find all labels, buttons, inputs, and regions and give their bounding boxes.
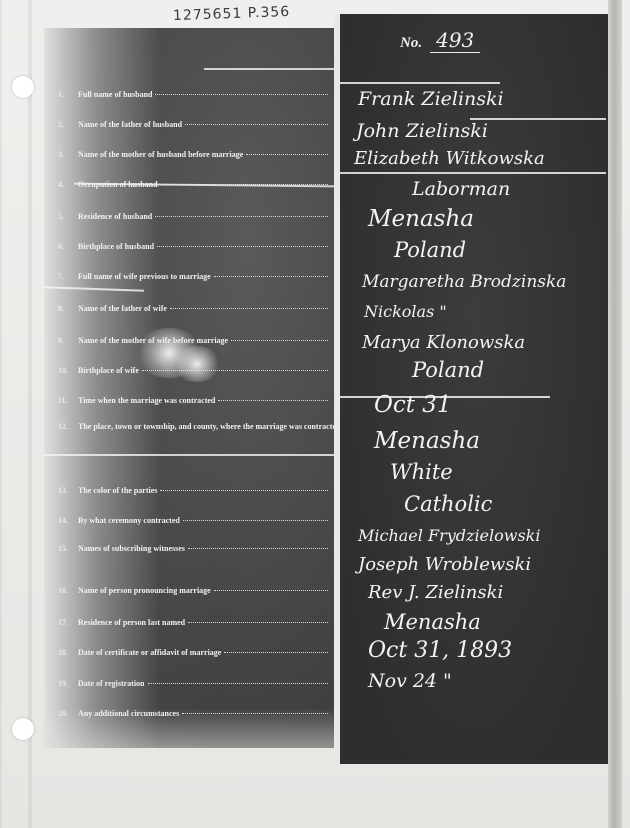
entry-ceremony: Catholic xyxy=(404,492,602,516)
field-officiant-residence: 17. Residence of person last named xyxy=(58,618,328,627)
punch-hole-top xyxy=(12,76,34,98)
field-marriage-place: 12. The place, town or township, and cou… xyxy=(58,422,328,431)
field-additional: 20. Any additional circumstances xyxy=(58,709,328,718)
entry-husband-occupation: Laborman xyxy=(412,178,602,200)
field-witnesses: 15. Names of subscribing witnesses xyxy=(58,544,328,553)
field-husband-birthplace: 6. Birthplace of husband xyxy=(58,242,328,251)
field-husband-occupation: 4. Occupation of husband xyxy=(58,180,328,189)
field-husband-name: 1. Full name of husband xyxy=(58,90,328,99)
rule-line xyxy=(44,454,334,456)
form-labels-panel: 1. Full name of husband 2. Name of the f… xyxy=(44,28,334,748)
field-ceremony: 14. By what ceremony contracted xyxy=(58,516,328,525)
field-registration-date: 19. Date of registration xyxy=(58,679,328,688)
entry-wife-father: Nickolas " xyxy=(364,302,602,321)
field-wife-name: 7. Full name of wife previous to marriag… xyxy=(58,272,328,281)
field-husband-residence: 5. Residence of husband xyxy=(58,212,328,221)
entry-officiant-residence: Menasha xyxy=(384,610,602,634)
rule-line xyxy=(44,286,144,291)
entry-certificate-date: Oct 31, 1893 xyxy=(368,638,602,663)
rule-line xyxy=(340,172,606,174)
entry-witness-1: Michael Frydzielowski xyxy=(358,526,602,545)
entry-husband-father: John Zielinski xyxy=(356,120,602,142)
entry-marriage-date: Oct 31 xyxy=(374,392,602,418)
rule-line xyxy=(340,82,500,84)
entry-husband-mother: Elizabeth Witkowska xyxy=(354,148,602,169)
rule-line xyxy=(204,68,334,70)
entry-witness-2: Joseph Wroblewski xyxy=(358,554,602,575)
entry-husband-residence: Menasha xyxy=(368,206,602,232)
page-edge-shadow xyxy=(608,0,622,828)
record-number: No. 493 xyxy=(400,28,480,53)
entry-officiant: Rev J. Zielinski xyxy=(368,582,602,603)
entry-wife-mother: Marya Klonowska xyxy=(362,332,602,353)
entry-husband-birthplace: Poland xyxy=(394,238,602,262)
field-marriage-time: 11. Time when the marriage was contracte… xyxy=(58,396,328,405)
entry-wife-birthplace: Poland xyxy=(412,358,602,382)
punch-hole-bottom xyxy=(12,718,34,740)
field-wife-father: 8. Name of the father of wife xyxy=(58,304,328,313)
handwritten-entries-panel: No. 493 Frank Zielinski John Zielinski E… xyxy=(340,14,608,764)
field-officiant: 16. Name of person pronouncing marriage xyxy=(58,586,328,595)
field-wife-birthplace: 10. Birthplace of wife xyxy=(58,366,328,375)
ink-blot xyxy=(172,346,222,382)
entry-color: White xyxy=(390,460,602,484)
entry-registration-date: Nov 24 " xyxy=(368,670,602,692)
entry-wife-name: Margaretha Brodzinska xyxy=(362,272,602,292)
field-certificate-date: 18. Date of certificate or affidavit of … xyxy=(58,648,328,657)
field-color: 13. The color of the parties xyxy=(58,486,328,495)
entry-marriage-place: Menasha xyxy=(374,428,602,454)
field-husband-father: 2. Name of the father of husband xyxy=(58,120,328,129)
field-wife-mother: 9. Name of the mother of wife before mar… xyxy=(58,336,328,345)
field-husband-mother: 3. Name of the mother of husband before … xyxy=(58,150,328,159)
entry-husband-name: Frank Zielinski xyxy=(358,88,602,110)
